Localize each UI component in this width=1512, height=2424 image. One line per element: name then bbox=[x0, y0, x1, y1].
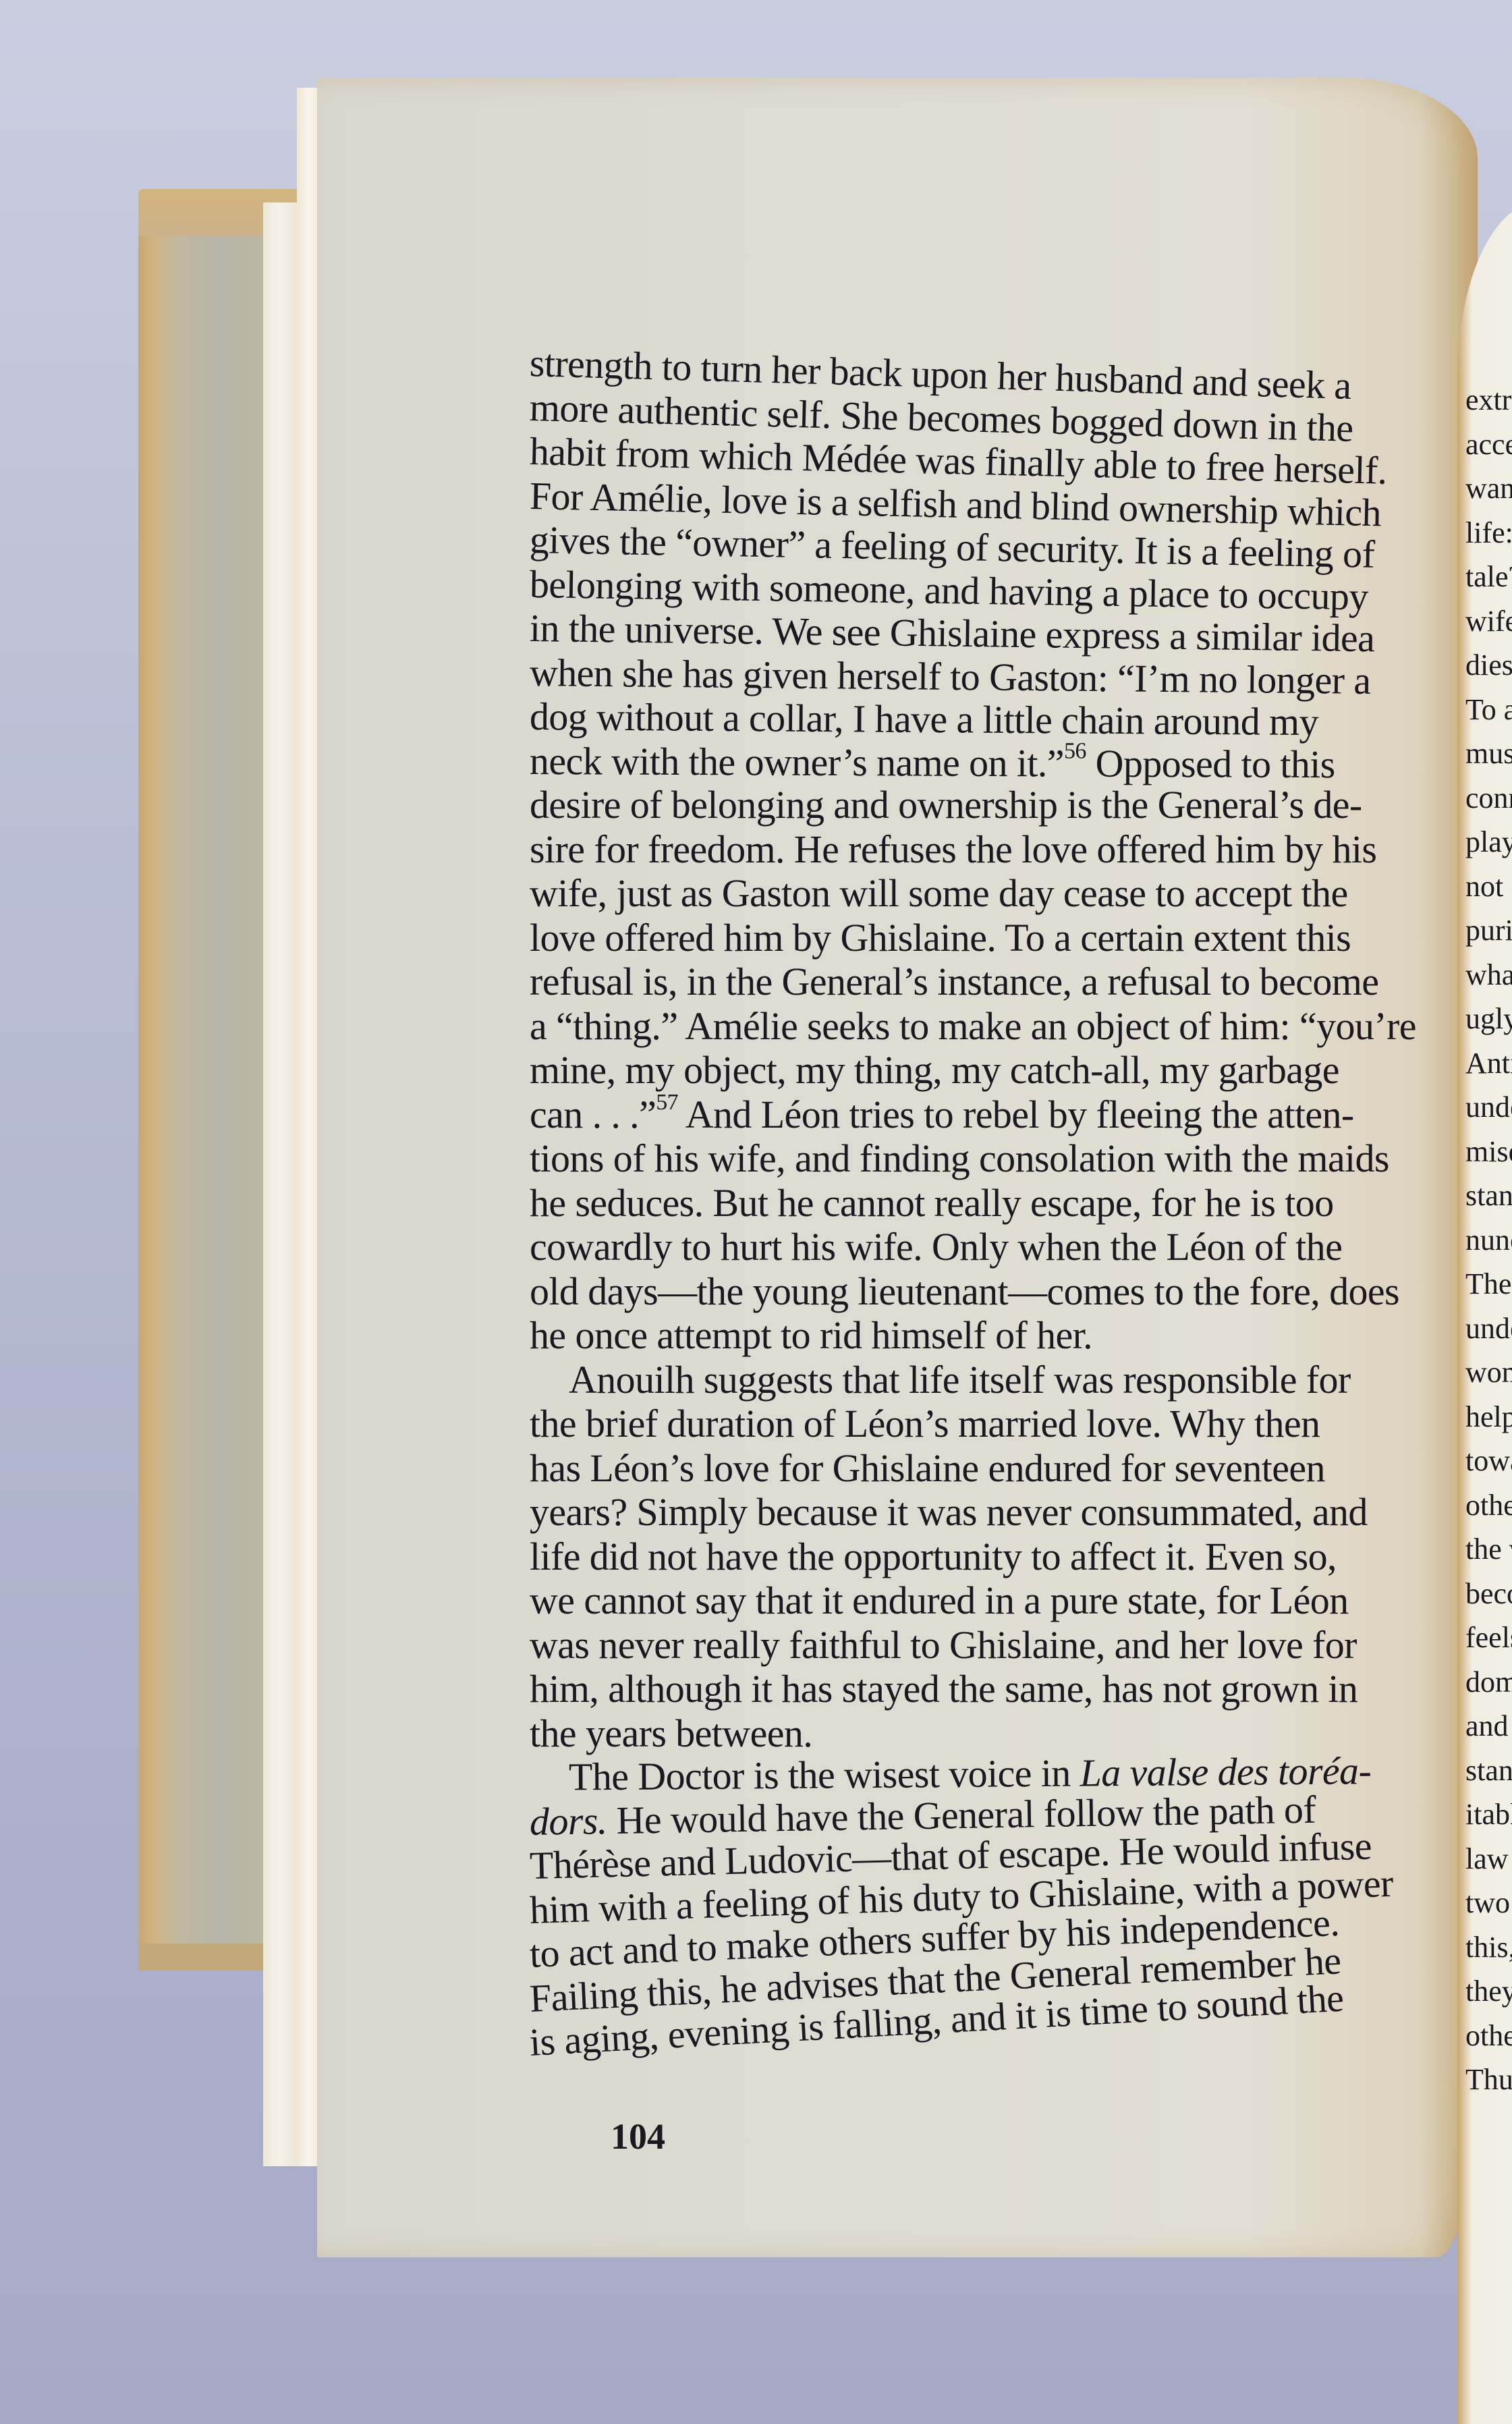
text-line: a “thing.” Amélie seeks to make an objec… bbox=[530, 1004, 1427, 1049]
text-line: dog without a collar, I have a little ch… bbox=[530, 694, 1427, 745]
text-line: has Léon’s love for Ghislaine endured fo… bbox=[530, 1446, 1427, 1491]
text-line: wife, just as Gaston will some day cease… bbox=[530, 871, 1427, 916]
facing-page-line: plays o bbox=[1465, 820, 1512, 864]
text-line: sire for freedom. He refuses the love of… bbox=[530, 827, 1427, 872]
page-body-text: strength to turn her back upon her husba… bbox=[530, 341, 1427, 2065]
text-line: years? Simply because it was never consu… bbox=[530, 1490, 1427, 1535]
facing-page-line: must r bbox=[1465, 732, 1512, 776]
facing-page-line: itably follo bbox=[1465, 1792, 1512, 1837]
facing-page-line: dom, wher bbox=[1465, 1660, 1512, 1705]
facing-page-line: help in love bbox=[1465, 1395, 1512, 1439]
facing-page-line: not only bbox=[1465, 864, 1512, 909]
facing-page-line: and wha bbox=[1465, 1704, 1512, 1748]
facing-page-line: Thus, Jason bbox=[1465, 2058, 1512, 2102]
footnote-ref-56[interactable]: 56 bbox=[1064, 738, 1086, 763]
text-line: we cannot say that it endured in a pure … bbox=[530, 1578, 1427, 1623]
paragraph-start-line: Anouilh suggests that life itself was re… bbox=[530, 1358, 1427, 1402]
facing-page-line: Antigone bbox=[1465, 1041, 1512, 1086]
facing-page-line: acce bbox=[1465, 422, 1512, 467]
play-title-italic: dors. bbox=[529, 1798, 607, 1844]
text-line: was never really faithful to Ghislaine, … bbox=[530, 1623, 1427, 1668]
facing-page-line: this, if bbox=[1465, 1925, 1512, 1970]
text-fragment: Opposed to this bbox=[1086, 741, 1335, 786]
text-line: love offered him by Ghislaine. To a cert… bbox=[530, 916, 1427, 960]
facing-page-line: tale? bbox=[1465, 555, 1512, 599]
book-back-cover bbox=[138, 192, 273, 1964]
facing-page-line: law in lov bbox=[1465, 1837, 1512, 1881]
facing-page-line: what one bbox=[1465, 953, 1512, 997]
facing-page-line: wife bbox=[1465, 599, 1512, 644]
facing-page-line: wan bbox=[1465, 466, 1512, 511]
facing-page-line: become t bbox=[1465, 1572, 1512, 1616]
text-line: can . . .”57 And Léon tries to rebel by … bbox=[530, 1093, 1427, 1137]
text-line: tions of his wife, and finding consolati… bbox=[530, 1136, 1427, 1181]
text-line: life did not have the opportunity to aff… bbox=[530, 1535, 1427, 1579]
facing-page-line: other wa bbox=[1465, 2014, 1512, 2058]
text-line: mine, my object, my thing, my catch-all,… bbox=[530, 1048, 1427, 1093]
facing-page-line: connota bbox=[1465, 776, 1512, 821]
text-fragment: can . . .” bbox=[530, 1093, 656, 1136]
text-fragment: neck with the owner’s name on it.” bbox=[530, 739, 1064, 785]
facing-page-line: stances, wh bbox=[1465, 1748, 1512, 1793]
text-line: cowardly to hurt his wife. Only when the… bbox=[530, 1225, 1427, 1269]
facing-page-line: purity th bbox=[1465, 908, 1512, 953]
facing-page-line: mised with bbox=[1465, 1130, 1512, 1174]
facing-page-line: The Doct bbox=[1465, 1262, 1512, 1306]
facing-page-text-fragment: extraccewanlife:tale?wifedies oTo amust … bbox=[1465, 378, 1512, 2102]
facing-page-line: understandi bbox=[1465, 1306, 1512, 1351]
facing-page-line: extr bbox=[1465, 378, 1512, 422]
text-line: neck with the owner’s name on it.”56 Opp… bbox=[530, 739, 1427, 787]
facing-page-line: ugly is to bbox=[1465, 997, 1512, 1041]
facing-page-line: the world bbox=[1465, 1527, 1512, 1572]
facing-page-line: women diffe bbox=[1465, 1350, 1512, 1395]
text-line: he seduces. But he cannot really escape,… bbox=[530, 1181, 1427, 1225]
text-line: the brief duration of Léon’s married lov… bbox=[530, 1402, 1427, 1446]
facing-page-line: stand one’ bbox=[1465, 1174, 1512, 1218]
facing-page-line: nunciation bbox=[1465, 1218, 1512, 1263]
text-fragment: And Léon tries to rebel by fleeing the a… bbox=[678, 1093, 1354, 1136]
facing-page-line: they must b bbox=[1465, 1969, 1512, 2014]
facing-page-line: two halv bbox=[1465, 1881, 1512, 1925]
text-fragment: The Doctor is the wisest voice in bbox=[569, 1751, 1080, 1799]
facing-page-line: toward the bbox=[1465, 1439, 1512, 1483]
text-line: desire of belonging and ownership is the… bbox=[530, 783, 1427, 827]
facing-page-line: dies o bbox=[1465, 643, 1512, 688]
footnote-ref-57[interactable]: 57 bbox=[656, 1090, 678, 1115]
facing-page-line: understan bbox=[1465, 1085, 1512, 1130]
text-line: old days—the young lieutenant—comes to t… bbox=[530, 1269, 1427, 1314]
text-line: he once attempt to rid himself of her. bbox=[530, 1313, 1427, 1358]
page-number: 104 bbox=[611, 2116, 665, 2157]
facing-page-line: other han bbox=[1465, 1483, 1512, 1528]
facing-page-line: life: bbox=[1465, 511, 1512, 555]
text-line: refusal is, in the General’s instance, a… bbox=[530, 960, 1427, 1004]
text-line: him, although it has stayed the same, ha… bbox=[530, 1667, 1427, 1711]
facing-page-line: To a bbox=[1465, 688, 1512, 732]
facing-page-line: feels hin bbox=[1465, 1616, 1512, 1660]
